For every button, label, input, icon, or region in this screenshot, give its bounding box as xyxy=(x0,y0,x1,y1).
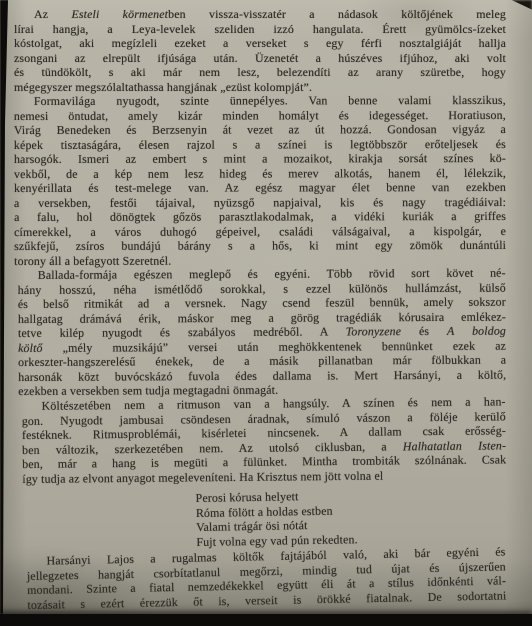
text-segment: Valami trágár ösi nótát xyxy=(196,518,308,534)
text-segment: a falu, hol dönögtek gőzös parasztlakoda… xyxy=(14,209,506,224)
text-segment: Virág Benedeken és Berzsenyin át vezet a… xyxy=(14,122,506,137)
text-segment: vekből, de a kép nem lesz hideg és merev… xyxy=(14,165,506,180)
text-line: lírai hangja, a Leya-levelek szeliden iz… xyxy=(14,22,506,37)
text-segment: képek tisztaságára, élesen rajzol s a sz… xyxy=(14,136,506,151)
text-line: zsongani az elrepült ifjúsága után. Üzen… xyxy=(14,51,506,66)
text-line: szűkfejű, zsíros bundájú bárány s a hős,… xyxy=(14,238,506,254)
text-segment: szűkfejű, zsíros bundájú bárány s a hős,… xyxy=(14,238,506,253)
text-line: a versekben, festői tájaival, nyüzsgő na… xyxy=(14,194,506,210)
text-segment: Fujt volna egy vad pún rekedten. xyxy=(196,531,358,548)
text-segment: kenyérillata és test-melege van. Az egés… xyxy=(14,180,506,195)
text-segment: mégegyszer megszólaltathassa hangjának „… xyxy=(14,80,312,94)
paragraph: Harsányi Lajos a rugalmas költők fajtájá… xyxy=(26,544,506,612)
italic-title-text: Esteli körmenet xyxy=(71,7,168,21)
text-segment: így tudja az elvont anyagot megeleveníte… xyxy=(22,468,383,485)
text-segment: Róma fölött a holdas estben xyxy=(196,503,333,519)
text-segment: ben vissza-visszatér a nádasok költőjéne… xyxy=(168,7,506,21)
text-segment: a versekben, festői tájaival, nyüzsgő na… xyxy=(14,194,506,209)
scanned-book-page: Az Esteli körmenetben vissza-visszatér a… xyxy=(0,0,532,626)
text-segment: Perosi kórusa helyett xyxy=(195,489,298,505)
text-line: kenyérillata és test-melege van. Az egés… xyxy=(14,180,506,196)
text-line: Az Esteli körmenetben vissza-visszatér a… xyxy=(14,7,506,22)
text-segment: zsongani az elrepült ifjúsága után. Üzen… xyxy=(14,51,506,65)
paragraph: Formavilága nyugodt, szinte ünnepélyes. … xyxy=(14,93,506,268)
text-line: képek tisztaságára, élesen rajzol s a sz… xyxy=(14,136,506,152)
text-line: mégegyszer megszólaltathassa hangjának „… xyxy=(14,80,506,95)
text-line: és tündökölt, s aki már nem lesz, beleze… xyxy=(14,65,506,80)
italic-title-text: költő xyxy=(18,340,43,354)
text-line: vekből, de a kép nem lesz hideg és merev… xyxy=(14,165,506,181)
paragraph: Költészetében nem a ritmuson van a hangs… xyxy=(22,394,507,486)
text-line: Virág Benedeken és Berzsenyin át vezet a… xyxy=(14,122,506,138)
text-line: harsonák közt buvócskázó fuvola édes dal… xyxy=(18,367,506,384)
text-line: harsogók. Ismeri az embert s mint a moza… xyxy=(14,151,506,167)
text-segment: címerekkel, a város duhogó gépeivel, csa… xyxy=(14,223,506,238)
text-segment: ezekben a versekben sem tudja megtagadni… xyxy=(18,383,278,398)
text-line: kóstolgat, aki megízleli ezeket a versek… xyxy=(14,36,506,51)
paragraph: Az Esteli körmenetben vissza-visszatér a… xyxy=(14,7,506,94)
text-line: a falu, hol dönögtek gőzös parasztlakoda… xyxy=(14,209,506,225)
text-line: Formavilága nyugodt, szinte ünnepélyes. … xyxy=(14,93,506,109)
italic-title-text: Toronyzene xyxy=(346,324,402,338)
verse-block: Perosi kórusa helyettRóma fölött a holda… xyxy=(195,485,506,548)
text-segment: Ballada-formája egészen meglepő és egyén… xyxy=(38,266,506,282)
text-segment: „mély muzsikájú” versei után meghökkente… xyxy=(43,338,507,354)
text-segment: kóstolgat, aki megízleli ezeket a versek… xyxy=(14,36,506,50)
text-segment: és xyxy=(401,324,447,338)
text-line: címerekkel, a város duhogó gépeivel, csa… xyxy=(14,223,506,239)
text-segment: nemesi öntudat, amely kizár minden homál… xyxy=(14,107,506,122)
text-column: Az Esteli körmenetben vissza-visszatér a… xyxy=(14,7,506,612)
italic-title-text: Halhatatlan Isten- xyxy=(403,437,506,452)
text-segment: Formavilága nyugodt, szinte ünnepélyes. … xyxy=(34,93,506,108)
text-segment: és tündökölt, s aki már nem lesz, beleze… xyxy=(14,65,506,79)
text-segment: harsonák közt buvócskázó fuvola édes dal… xyxy=(18,367,506,383)
page-edge-left-shadow xyxy=(0,0,10,614)
page-edge-bottom-shadow xyxy=(0,614,532,626)
italic-title-text: A boldog xyxy=(447,324,506,338)
text-segment: Az xyxy=(34,7,71,21)
text-line: nemesi öntudat, amely kizár minden homál… xyxy=(14,107,506,123)
text-segment: tetve kilép nyugodt és szabályos medrébő… xyxy=(18,324,346,340)
paragraph: Ballada-formája egészen meglepő és egyén… xyxy=(18,266,507,399)
text-segment: lírai hangja, a Leya-levelek szeliden iz… xyxy=(14,22,506,36)
text-segment: torony áll a befagyott Szeretnél. xyxy=(14,253,171,267)
text-segment: harsogók. Ismeri az embert s mint a moza… xyxy=(14,151,506,166)
